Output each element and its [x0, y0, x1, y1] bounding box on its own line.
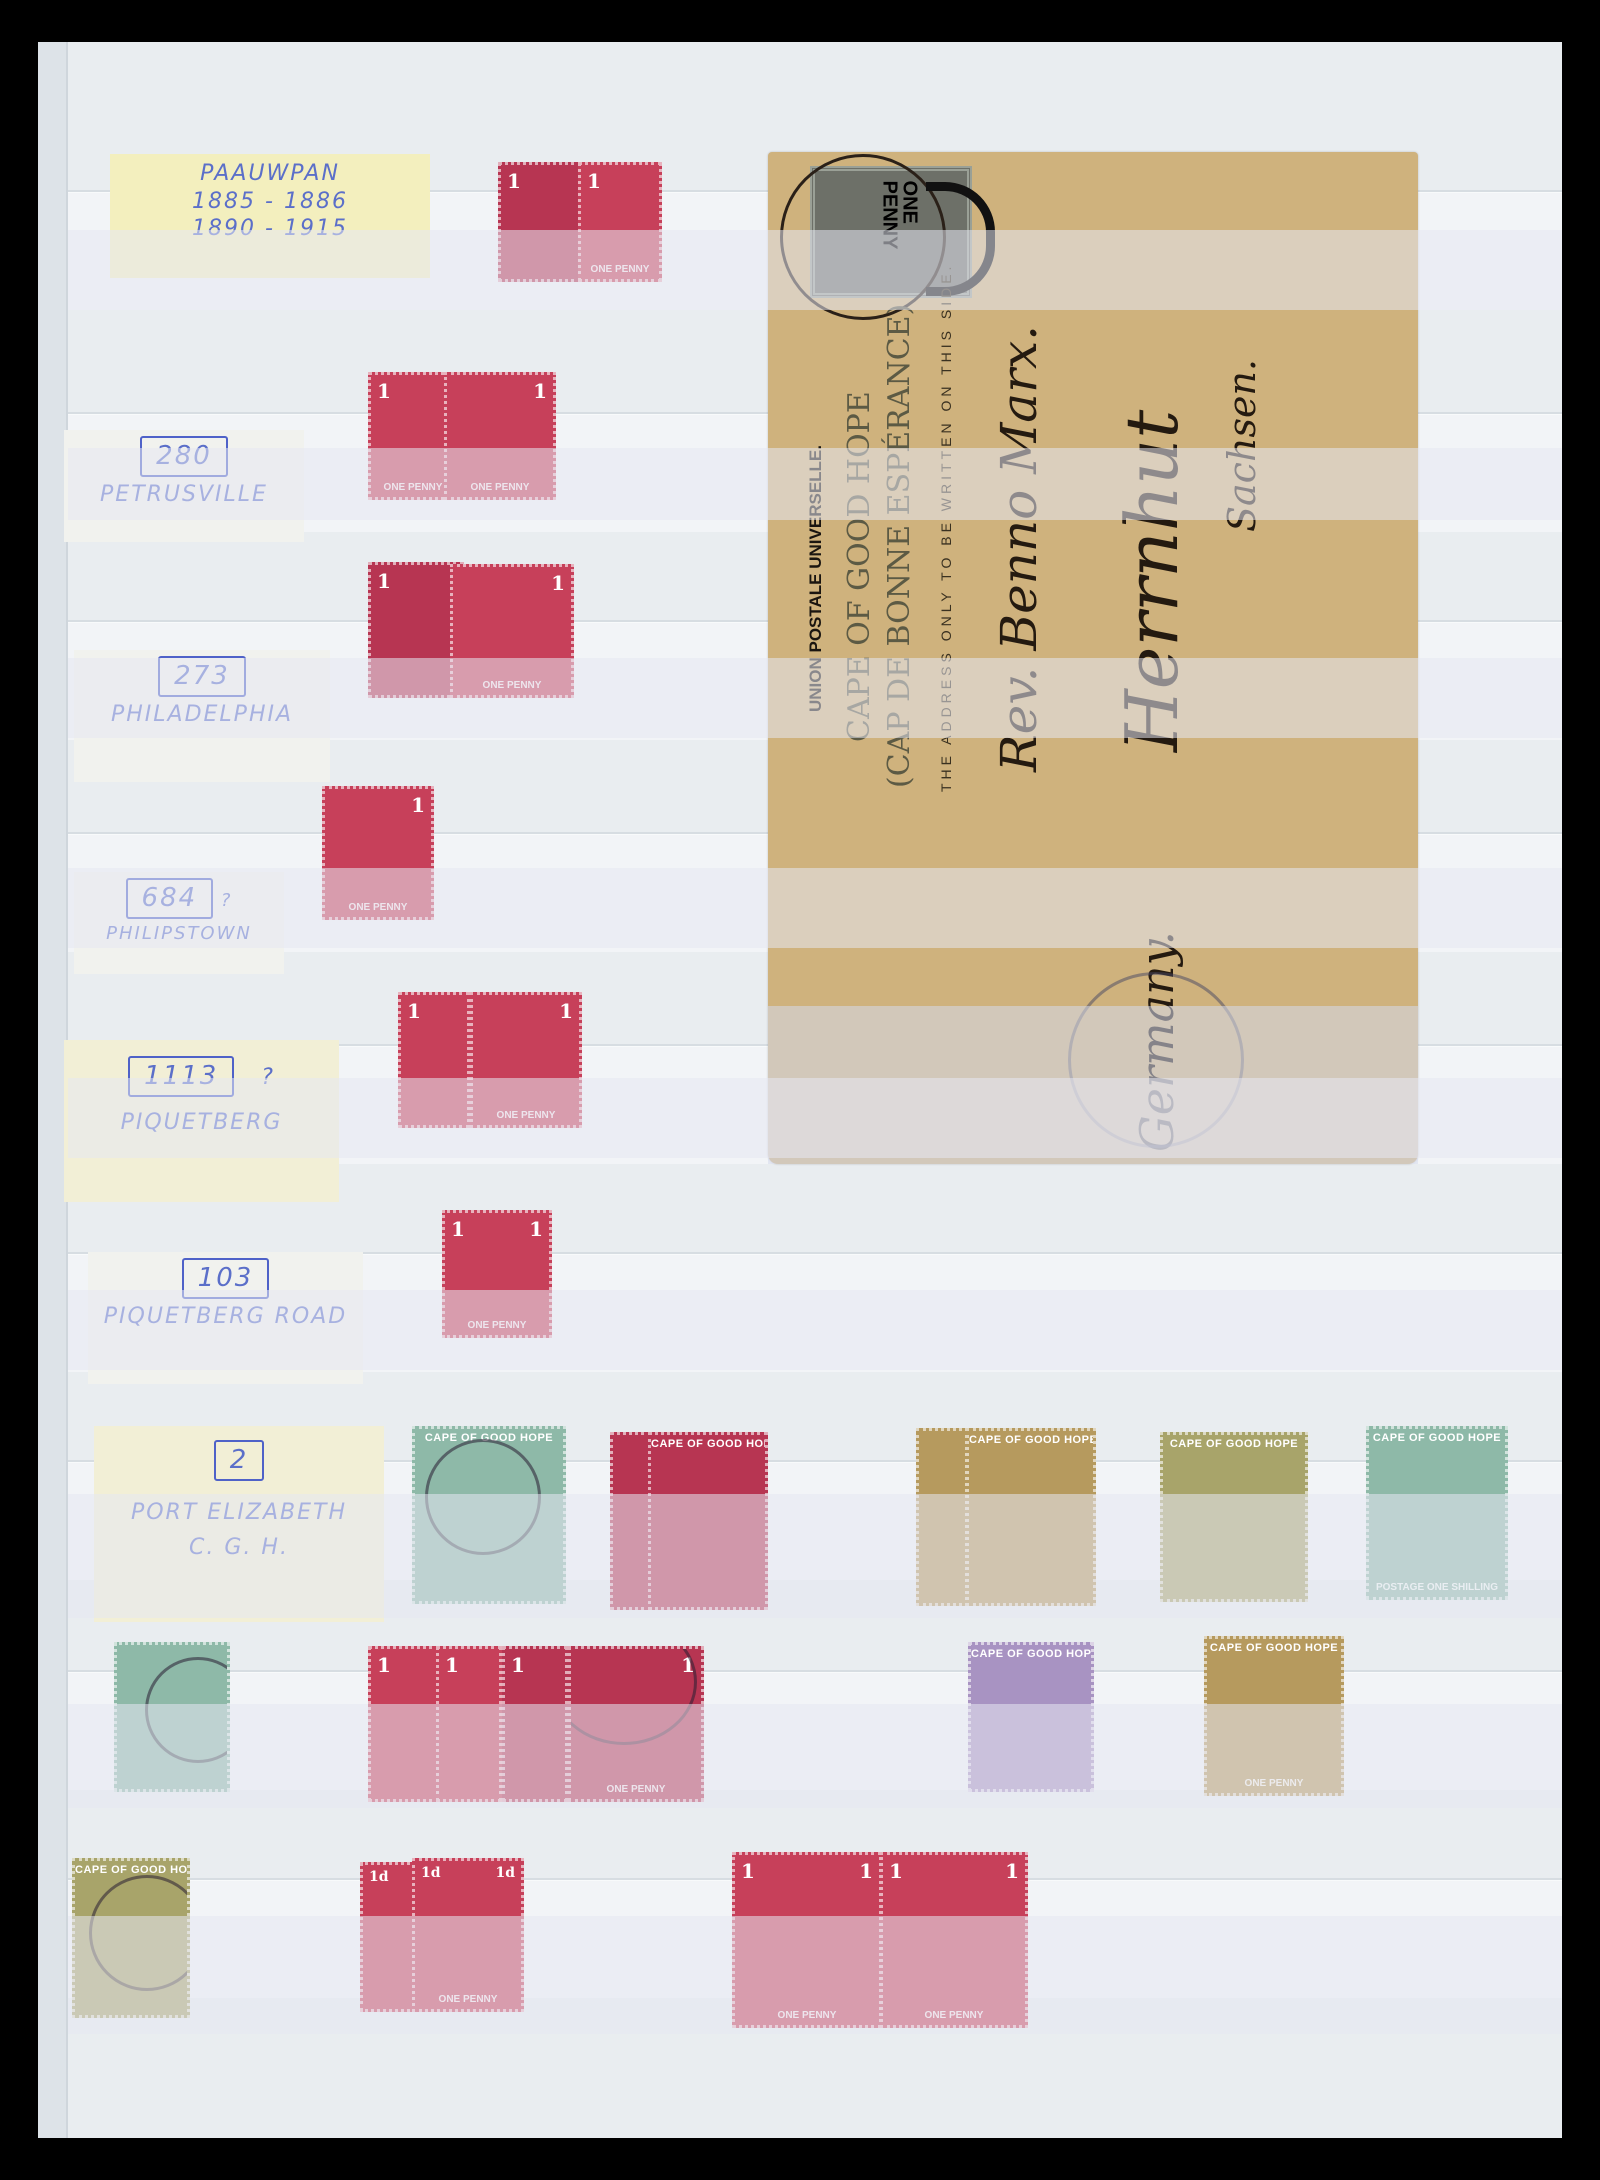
stamp-header: CAPE OF GOOD HOPE: [1369, 1429, 1505, 1444]
stamp-value: 1d: [421, 1865, 441, 1881]
stamp-value: 1: [511, 1653, 525, 1677]
label-number: 2: [214, 1440, 265, 1481]
stamp-value: 1: [407, 999, 421, 1023]
stamp-value: 1: [533, 379, 547, 403]
stamp-value: 1: [1005, 1859, 1019, 1883]
glassine-5: [68, 1078, 1562, 1158]
stamp-value: 1: [559, 999, 573, 1023]
stamp-value: 1: [587, 169, 601, 193]
stamp-header: CAPE OF GOOD HOPE: [651, 1435, 765, 1450]
album-page: PAAUWPAN 1885 - 1886 1890 - 1915 280 PET…: [38, 42, 1562, 2138]
glassine-1: [68, 230, 1562, 310]
stamp-value: 1: [377, 1653, 391, 1677]
stamp-value: 1: [551, 571, 565, 595]
stamp-value: 1d: [495, 1865, 515, 1881]
glassine-8: [68, 1704, 1562, 1808]
glassine-7: [68, 1494, 1562, 1618]
stamp-header: CAPE OF GOOD HOPE: [1207, 1639, 1341, 1654]
stamp-value: 1: [377, 569, 391, 593]
glassine-9: [68, 1916, 1562, 2034]
glassine-6: [68, 1290, 1562, 1370]
label-place: PAAUWPAN: [120, 160, 420, 188]
stamp-value: 1: [859, 1859, 873, 1883]
stamp-value: 1: [741, 1859, 755, 1883]
stamp-header: CAPE OF GOOD HOPE: [969, 1431, 1093, 1446]
stamp-value: 1: [529, 1217, 543, 1241]
glassine-3: [68, 658, 1562, 738]
stamp-value: 1d: [369, 1869, 389, 1885]
label-years-1: 1885 - 1886: [120, 188, 420, 216]
stamp-value: 1: [507, 169, 521, 193]
stamp-value: 1: [889, 1859, 903, 1883]
glassine-2: [68, 448, 1562, 520]
stamp-value: 1: [411, 793, 425, 817]
glassine-4: [68, 868, 1562, 948]
stamp-value: 1: [377, 379, 391, 403]
stamp-value: 1: [451, 1217, 465, 1241]
stamp-header: CAPE OF GOOD HOPE: [971, 1645, 1091, 1660]
stamp-header: CAPE OF GOOD HOPE: [75, 1861, 187, 1876]
stamp-header: CAPE OF GOOD HOPE: [1163, 1435, 1305, 1450]
stamp-value: 1: [445, 1653, 459, 1677]
